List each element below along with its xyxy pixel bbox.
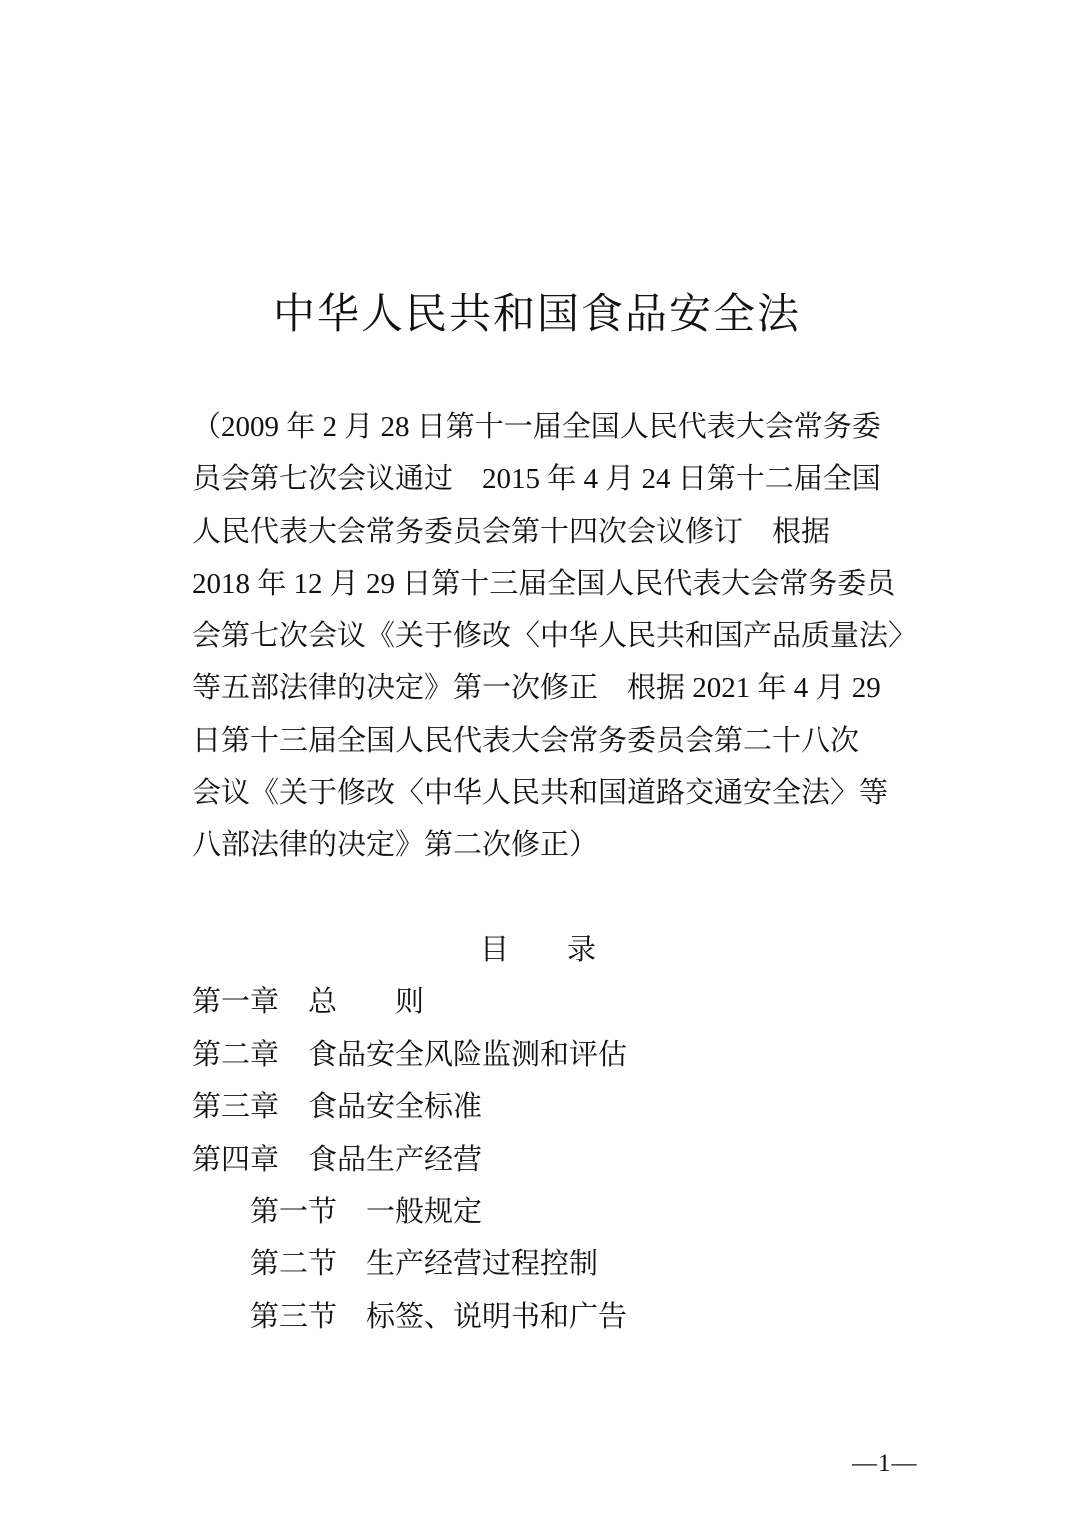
preamble-line: 员会第七次会议通过 2015 年 4 月 24 日第十二届全国 [192,453,892,505]
preamble-line: 会议《关于修改〈中华人民共和国道路交通安全法〉等 [192,767,892,819]
preamble-paragraph: （2009 年 2 月 28 日第十一届全国人民代表大会常务委 员会第七次会议通… [192,401,892,872]
toc-item-section-3: 第三节 标签、说明书和广告 [192,1291,884,1343]
preamble-line: 2018 年 12 月 29 日第十三届全国人民代表大会常务委员 [192,558,892,610]
preamble-line: 日第十三届全国人民代表大会常务委员会第二十八次 [192,715,892,767]
preamble-line: 会第七次会议《关于修改〈中华人民共和国产品质量法〉 [192,610,892,662]
preamble-line: （2009 年 2 月 28 日第十一届全国人民代表大会常务委 [192,401,892,453]
toc-item-chapter-1: 第一章 总 则 [192,976,884,1028]
toc-item-section-2: 第二节 生产经营过程控制 [192,1238,884,1290]
page-number: —1— [852,1448,918,1480]
preamble-line: 八部法律的决定》第二次修正） [192,819,892,871]
toc-item-chapter-3: 第三章 食品安全标准 [192,1081,884,1133]
toc-heading: 目 录 [192,924,884,976]
preamble-line: 人民代表大会常务委员会第十四次会议修订 根据 [192,506,892,558]
document-page: 中华人民共和国食品安全法 （2009 年 2 月 28 日第十一届全国人民代表大… [0,0,1074,1520]
toc-item-section-1: 第一节 一般规定 [192,1186,884,1238]
document-title: 中华人民共和国食品安全法 [0,288,1074,342]
toc-item-chapter-4: 第四章 食品生产经营 [192,1134,884,1186]
table-of-contents: 目 录 第一章 总 则 第二章 食品安全风险监测和评估 第三章 食品安全标准 第… [192,924,884,1343]
preamble-line: 等五部法律的决定》第一次修正 根据 2021 年 4 月 29 [192,662,892,714]
toc-item-chapter-2: 第二章 食品安全风险监测和评估 [192,1029,884,1081]
